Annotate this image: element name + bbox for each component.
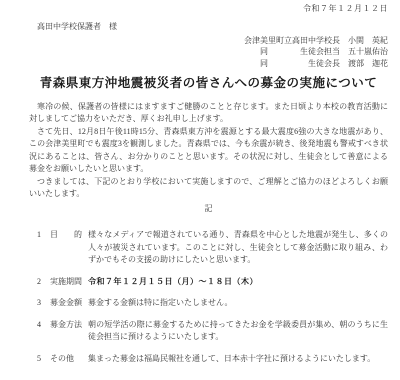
sender-line-president: 同 生徒会長 渡部 迦花 xyxy=(29,58,388,69)
list-item-purpose: 1 目 的 様々なメディアで報道されている通り、青森県を中心とした地震が発生し、… xyxy=(29,229,388,267)
item-label: 募金方法 xyxy=(50,319,88,344)
list-item-amount: 3 募金金額 募金する金額は特に指定いたしません。 xyxy=(29,297,388,310)
body-paragraph-earthquake: さて先日、12月8日午後11時15分、青森県東方沖を震源とする最大震度6強の大き… xyxy=(29,126,388,176)
item-text: 朝の短学活の際に募金するために持ってきたお金を学級委員が集め、朝のうちに生徒会担… xyxy=(88,319,388,344)
item-number: 4 xyxy=(37,319,50,344)
body-paragraph-request: つきましては、下記のとおり学校において実施しますので、ご理解とご協力のほどよろし… xyxy=(29,176,388,201)
document-date: 令和７年１２月１２日 xyxy=(29,3,388,14)
item-number: 1 xyxy=(37,229,50,267)
item-label: その他 xyxy=(50,353,88,366)
item-label: 募金金額 xyxy=(50,297,88,310)
item-text: 集まった募金は福島民報社を通して、日本赤十字社に預けるようにいたします。 xyxy=(88,353,388,366)
body-paragraph-greeting: 寒冷の候、保護者の皆様にはますますご健勝のことと存じます。また日頃より本校の教育… xyxy=(29,101,388,126)
item-text: 募金する金額は特に指定いたしません。 xyxy=(88,297,388,310)
list-item-method: 4 募金方法 朝の短学活の際に募金するために持ってきたお金を学級委員が集め、朝の… xyxy=(29,319,388,344)
list-item-period: 2 実施期間 令和７年１２月１５日（月）～１８日（木） xyxy=(29,276,388,289)
record-marker: 記 xyxy=(29,203,388,216)
body-text: 寒冷の候、保護者の皆様にはますますご健勝のことと存じます。また日頃より本校の教育… xyxy=(29,101,388,201)
item-label: 目 的 xyxy=(50,229,88,267)
item-text: 令和７年１２月１５日（月）～１８日（木） xyxy=(88,276,388,289)
addressee: 高田中学校保護者 様 xyxy=(37,21,388,32)
letter-page: 令和７年１２月１２日 高田中学校保護者 様 会津美里町立高田中学校長 小関 英紀… xyxy=(0,0,400,380)
sender-line-principal: 会津美里町立高田中学校長 小関 英紀 xyxy=(29,35,388,46)
document-title: 青森県東方沖地震被災者の皆さんへの募金の実施について xyxy=(29,75,388,92)
item-list: 1 目 的 様々なメディアで報道されている通り、青森県を中心とした地震が発生し、… xyxy=(29,229,388,365)
item-number: 5 xyxy=(37,353,50,366)
item-label: 実施期間 xyxy=(50,276,88,289)
item-text: 様々なメディアで報道されている通り、青森県を中心とした地震が発生し、多くの人々が… xyxy=(88,229,388,267)
sender-line-advisor: 同 生徒会担当 五十嵐佑治 xyxy=(29,46,388,57)
item-number: 2 xyxy=(37,276,50,289)
sender-block: 会津美里町立高田中学校長 小関 英紀 同 生徒会担当 五十嵐佑治 同 生徒会長 … xyxy=(29,35,388,69)
item-number: 3 xyxy=(37,297,50,310)
list-item-other: 5 その他 集まった募金は福島民報社を通して、日本赤十字社に預けるようにいたしま… xyxy=(29,353,388,366)
